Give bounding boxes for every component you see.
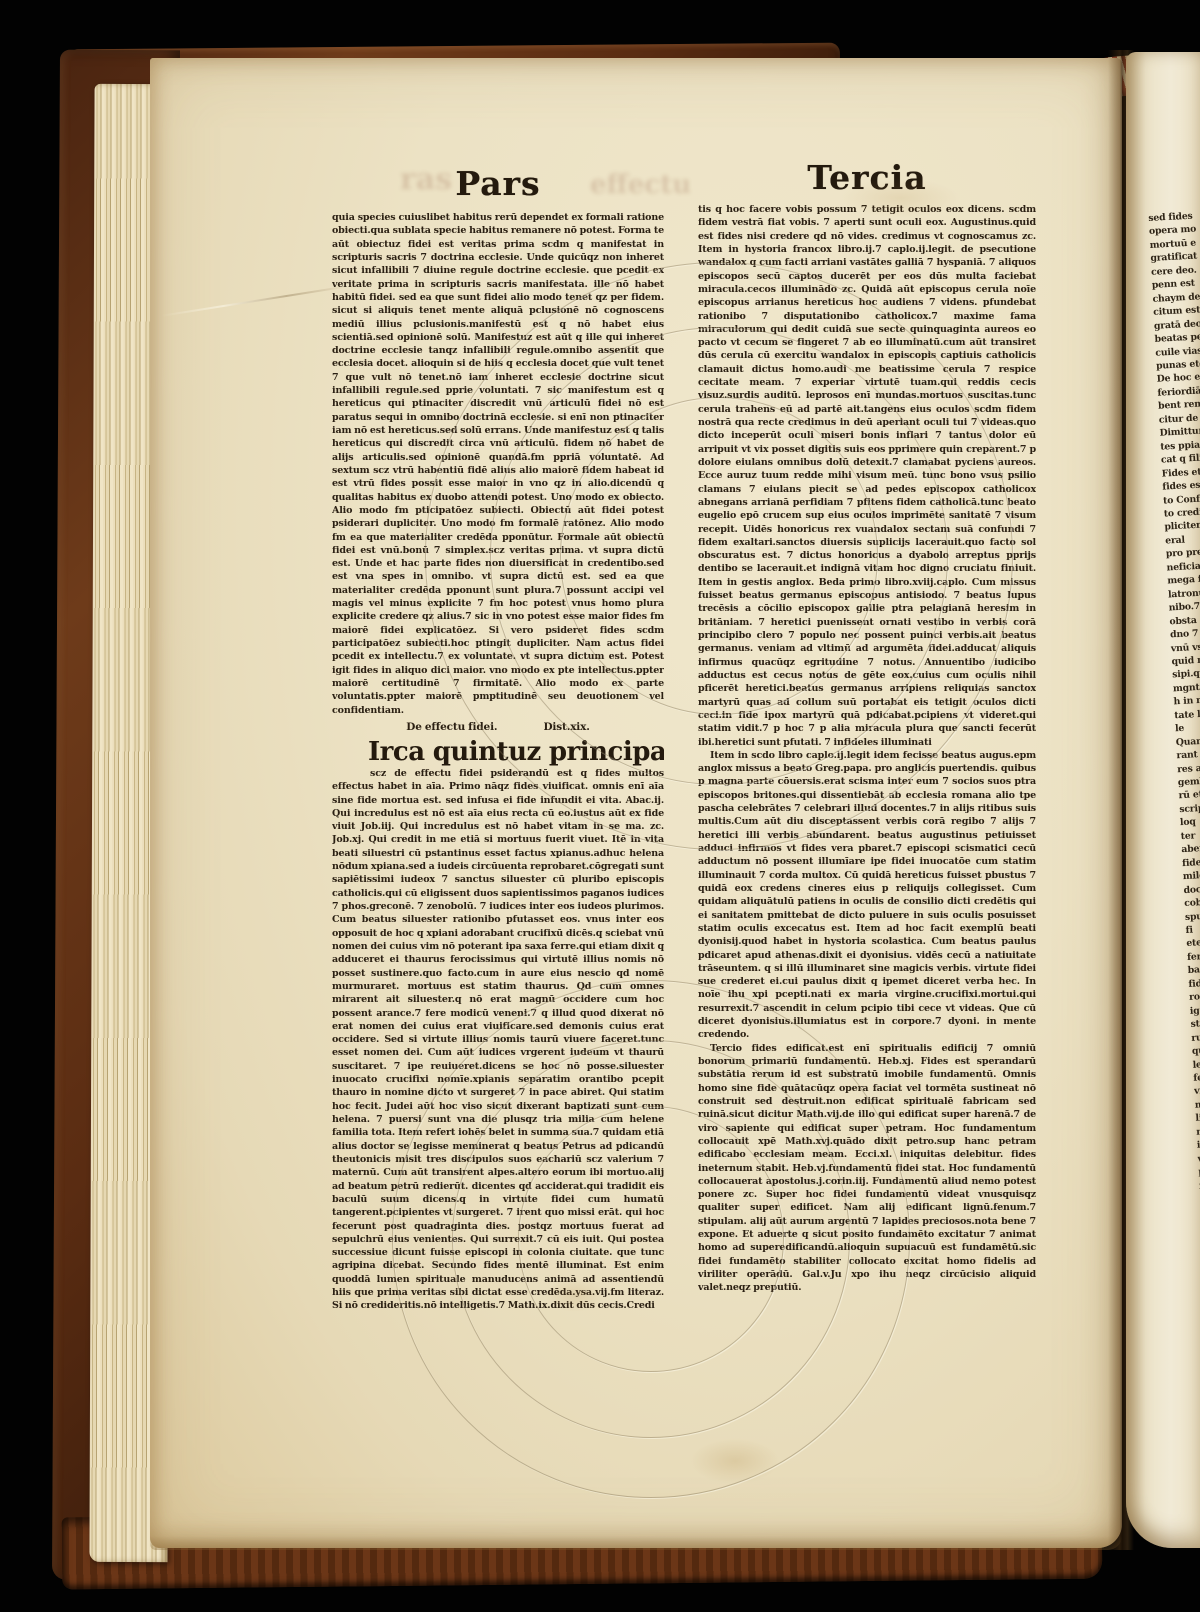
running-head-tercia: Tercia	[698, 158, 1036, 197]
subheading-de-effectu-fidei: De effectu fidei.	[406, 717, 497, 737]
page-bottom-deckle-edge	[150, 1536, 1122, 1550]
text-column-left: quia species cuiuslibet habitus rerū dep…	[332, 211, 664, 1461]
chapter-heading-circa-quintum-principale: Irca quintuz principale	[332, 737, 664, 767]
left-page: Pars Tercia ras effectu quia species cui…	[150, 58, 1122, 1548]
subheading-row: De effectu fidei. Dist.xix.	[332, 717, 664, 737]
running-head-pars: Pars	[332, 164, 664, 203]
paragraph-de-effectu-fidei-body: scz de effectu fidei psiderandū est q fi…	[332, 767, 664, 1313]
photograph-of-open-incunable-book: Pars Tercia ras effectu quia species cui…	[0, 0, 1200, 1612]
paragraph-tis-q-hoc-facere: tis q hoc facere vobis possum 7 tetigit …	[698, 203, 1036, 749]
paragraph-item-in-secundo-libro: Item in scdo libro caplo.ij.legit idem f…	[698, 749, 1036, 1042]
paragraph-tercio-fides-edificat: Tercio fides edificat.est enī spirituali…	[698, 1042, 1036, 1295]
paper-stain	[690, 1438, 780, 1484]
paragraph-quia-species: quia species cuiuslibet habitus rerū dep…	[332, 211, 664, 717]
text-column-right: tis q hoc facere vobis possum 7 tetigit …	[698, 203, 1036, 1345]
subheading-distinctio: Dist.xix.	[543, 717, 589, 737]
